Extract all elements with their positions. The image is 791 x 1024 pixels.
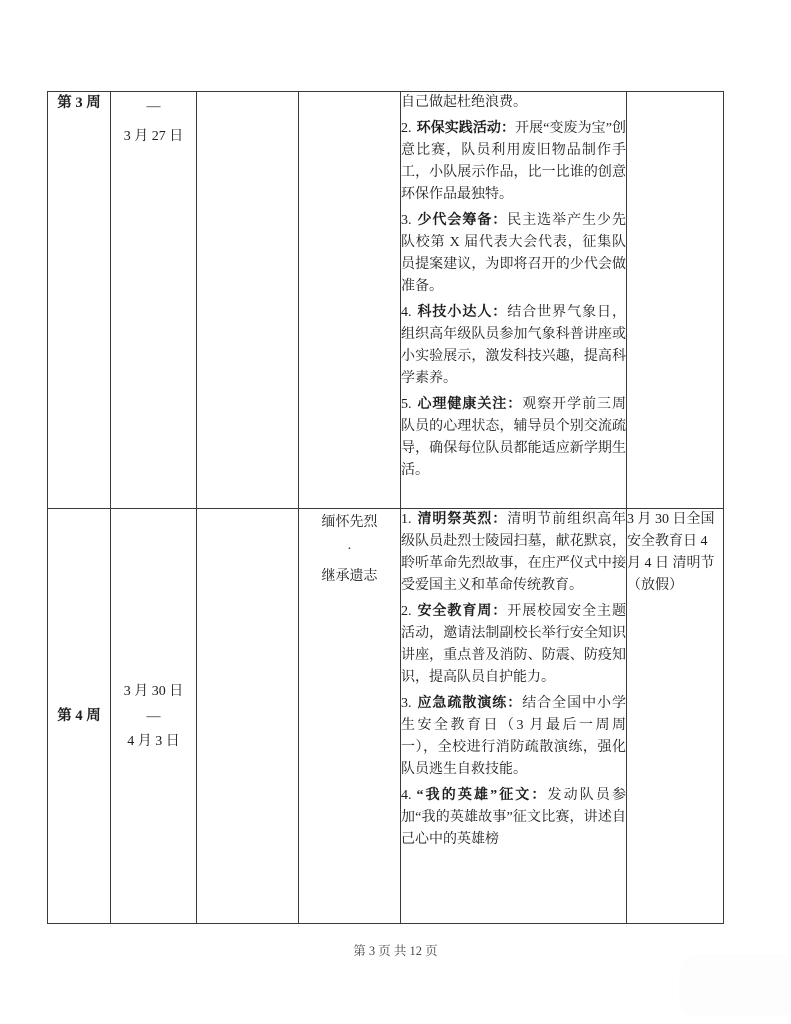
table-row-week4: 第 4 周 3 月 30 日 — 4 月 3 日 缅怀先烈 · 继承遗志 1.清… — [48, 509, 724, 924]
weekly-plan-table: 第 3 周 — 3 月 27 日 自己做起杜绝浪费。 2.环保实践活动：开展“变… — [47, 91, 724, 924]
activity-item: 5.心理健康关注：观察开学前三周队员的心理状态，辅导员个别交流疏导，确保每位队员… — [401, 394, 626, 482]
activity-title: “我的英雄”征文： — [417, 788, 548, 803]
week3-date-dash: — — [111, 92, 196, 122]
activity-number: 3. — [401, 213, 412, 228]
week4-label: 第 4 周 — [57, 708, 101, 724]
week4-date-dash: — — [111, 704, 196, 729]
week4-empty-cell-1 — [197, 509, 299, 924]
page-number-footer: 第 3 页 共 12 页 — [0, 941, 791, 959]
activity-number: 2. — [401, 604, 412, 619]
activity-title: 少代会筹备： — [417, 213, 508, 228]
activity-number: 5. — [401, 397, 412, 412]
activity-item: 1.清明祭英烈：清明节前组织高年级队员赴烈士陵园扫墓，献花默哀，聆听革命先烈故事… — [401, 509, 626, 597]
activity-title: 科技小达人： — [417, 305, 508, 320]
activity-item: 2.环保实践活动：开展“变废为宝”创意比赛，队员利用废旧物品制作手工，小队展示作… — [401, 118, 626, 206]
activity-number: 1. — [401, 512, 412, 527]
activity-number: 4. — [401, 305, 412, 320]
week3-label: 第 3 周 — [57, 95, 101, 111]
activity-title: 心理健康关注： — [417, 397, 523, 412]
watermark-blob — [679, 954, 791, 1016]
week3-theme-cell — [299, 92, 401, 509]
activity-title: 清明祭英烈： — [417, 512, 508, 527]
activity-item: 4.科技小达人：结合世界气象日，组织高年级队员参加气象科普讲座或小实验展示，激发… — [401, 302, 626, 390]
activity-title: 应急疏散演练： — [417, 696, 523, 711]
activity-number: 4. — [401, 788, 412, 803]
theme-line-2: 继承遗志 — [299, 563, 400, 590]
activity-item: 3.应急疏散演练：结合全国中小学生安全教育日（3 月最后一周周一），全校进行消防… — [401, 693, 626, 781]
activity-item: 2.安全教育周：开展校园安全主题活动，邀请法制副校长举行安全知识讲座，重点普及消… — [401, 601, 626, 689]
week4-activities-cell: 1.清明祭英烈：清明节前组织高年级队员赴烈士陵园扫墓，献花默哀，聆听革命先烈故事… — [401, 509, 627, 924]
week3-dates-cell: — 3 月 27 日 — [111, 92, 197, 509]
activity-item: 3.少代会筹备：民主选举产生少先队校第 X 届代表大会代表，征集队员提案建议，为… — [401, 210, 626, 298]
notes-text: 3 月 30 日全国安全教育日 4 月 4 日 清明节（放假） — [627, 512, 715, 593]
activity-item: 自己做起杜绝浪费。 — [401, 92, 626, 114]
activity-number: 2. — [401, 121, 412, 136]
week4-dates-cell: 3 月 30 日 — 4 月 3 日 — [111, 509, 197, 924]
activity-item: 4.“我的英雄”征文：发动队员参加“我的英雄故事”征文比赛，讲述自己心中的英雄榜 — [401, 785, 626, 851]
activity-text: 自己做起杜绝浪费。 — [401, 95, 527, 110]
week3-notes-cell — [627, 92, 724, 509]
week3-activities-cell: 自己做起杜绝浪费。 2.环保实践活动：开展“变废为宝”创意比赛，队员利用废旧物品… — [401, 92, 627, 509]
activity-title: 环保实践活动： — [417, 121, 516, 136]
week4-date-end: 4 月 3 日 — [111, 729, 196, 754]
week4-notes-cell: 3 月 30 日全国安全教育日 4 月 4 日 清明节（放假） — [627, 509, 724, 924]
theme-line-1: 缅怀先烈 — [299, 509, 400, 536]
document-page: 第 3 周 — 3 月 27 日 自己做起杜绝浪费。 2.环保实践活动：开展“变… — [0, 0, 791, 1024]
week4-date-start: 3 月 30 日 — [111, 679, 196, 704]
week3-date-end: 3 月 27 日 — [111, 122, 196, 152]
week3-empty-cell-1 — [197, 92, 299, 509]
activity-title: 安全教育周： — [417, 604, 508, 619]
table-row-week3: 第 3 周 — 3 月 27 日 自己做起杜绝浪费。 2.环保实践活动：开展“变… — [48, 92, 724, 509]
week4-theme-cell: 缅怀先烈 · 继承遗志 — [299, 509, 401, 924]
week3-label-cell: 第 3 周 — [48, 92, 111, 509]
week4-label-cell: 第 4 周 — [48, 509, 111, 924]
activity-number: 3. — [401, 696, 412, 711]
theme-separator-dot: · — [299, 536, 400, 563]
